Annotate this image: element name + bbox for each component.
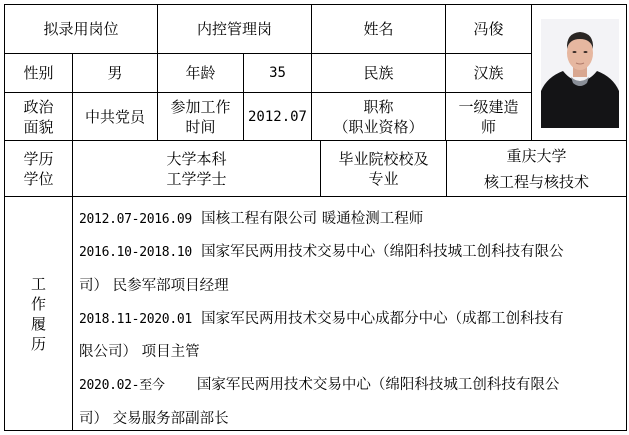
school-value-line1: 重庆大学: [506, 146, 566, 166]
political-value: 中共党员: [85, 107, 145, 127]
school-label-line1: 毕业院校校及: [338, 149, 428, 169]
title-label-line2: （职业资格）: [333, 117, 423, 137]
age-label: 年龄: [185, 63, 215, 83]
gender-value: 男: [107, 63, 122, 83]
gender-value-cell: 男: [72, 53, 158, 93]
experience-text: 国家军民两用技术交易中心（绵阳科技城工创科技有限公: [192, 244, 564, 260]
experience-date: 2012.07-2016.09: [79, 212, 192, 227]
ethnicity-label-cell: 民族: [311, 53, 446, 93]
position-value-cell: 内控管理岗: [157, 4, 312, 54]
age-label-cell: 年龄: [157, 53, 244, 93]
experience-text: 国家军民两用技术交易中心成都分中心（成都工创科技有: [192, 311, 564, 327]
experience-line: 限公司） 项目主管: [79, 336, 626, 369]
school-value-cell: 重庆大学 核工程与核技术: [446, 140, 627, 197]
experience-line: 2012.07-2016.09 国核工程有限公司 暖通检测工程师: [79, 203, 626, 236]
experience-line: 司） 交易服务部副部长: [79, 403, 626, 435]
experience-line: 司） 民参军部项目经理: [79, 270, 626, 303]
experience-label-cell: 工 作 履 历: [4, 196, 73, 431]
photo-cell: [531, 4, 627, 141]
experience-date: 2016.10-2018.10: [79, 245, 192, 260]
experience-date: 2020.02-至今: [79, 378, 165, 393]
name-value-cell: 冯俊: [445, 4, 532, 54]
ethnicity-value: 汉族: [473, 63, 503, 83]
name-value: 冯俊: [473, 19, 503, 39]
title-label-cell: 职称 （职业资格）: [311, 92, 446, 141]
experience-text: 司） 交易服务部副部长: [79, 411, 229, 427]
education-label-line1: 学历: [23, 149, 53, 169]
political-label-cell: 政治 面貌: [4, 92, 73, 141]
work-start-label-cell: 参加工作 时间: [157, 92, 244, 141]
experience-label-char: 历: [31, 334, 46, 354]
experience-label-char: 履: [31, 314, 46, 334]
portrait-photo: [541, 19, 619, 128]
person-portrait-icon: [541, 19, 619, 128]
name-label: 姓名: [363, 19, 393, 39]
experience-line: 2016.10-2018.10 国家军民两用技术交易中心（绵阳科技城工创科技有限…: [79, 236, 626, 269]
education-label-cell: 学历 学位: [4, 140, 73, 197]
experience-content: 2012.07-2016.09 国核工程有限公司 暖通检测工程师 2016.10…: [72, 196, 627, 431]
position-label-cell: 拟录用岗位: [4, 4, 158, 54]
ethnicity-label: 民族: [363, 63, 393, 83]
education-label-line2: 学位: [23, 169, 53, 189]
title-label-line1: 职称: [363, 97, 393, 117]
experience-line: 2020.02-至今 国家军民两用技术交易中心（绵阳科技城工创科技有限公: [79, 369, 626, 402]
school-label-line2: 专业: [368, 169, 398, 189]
work-start-label-line1: 参加工作: [170, 97, 230, 117]
title-value-cell: 一级建造 师: [445, 92, 532, 141]
age-value-cell: 35: [243, 53, 312, 93]
political-value-cell: 中共党员: [72, 92, 158, 141]
name-label-cell: 姓名: [311, 4, 446, 54]
ethnicity-value-cell: 汉族: [445, 53, 532, 93]
age-value: 35: [269, 63, 286, 83]
experience-label-char: 作: [31, 294, 46, 314]
experience-text: 国家军民两用技术交易中心（绵阳科技城工创科技有限公: [165, 377, 560, 393]
work-start-label-line2: 时间: [185, 117, 215, 137]
school-label-cell: 毕业院校校及 专业: [320, 140, 447, 197]
gender-label-cell: 性别: [4, 53, 73, 93]
political-label-line2: 面貌: [23, 117, 53, 137]
title-value-line1: 一级建造: [458, 97, 518, 117]
work-start-value: 2012.07: [248, 107, 307, 127]
experience-text: 限公司） 项目主管: [79, 344, 200, 360]
title-value-line2: 师: [481, 117, 496, 137]
experience-text: 国核工程有限公司 暖通检测工程师: [192, 211, 423, 227]
education-value-line1: 大学本科: [166, 149, 226, 169]
position-value: 内控管理岗: [197, 19, 272, 39]
political-label-line1: 政治: [23, 97, 53, 117]
position-label: 拟录用岗位: [43, 19, 118, 39]
experience-label-char: 工: [31, 274, 46, 294]
experience-date: 2018.11-2020.01: [79, 312, 192, 327]
experience-text: 司） 民参军部项目经理: [79, 278, 229, 294]
experience-line: 2018.11-2020.01 国家军民两用技术交易中心成都分中心（成都工创科技…: [79, 303, 626, 336]
school-value-line2: 核工程与核技术: [484, 172, 589, 192]
education-value-line2: 工学学士: [166, 169, 226, 189]
education-value-cell: 大学本科 工学学士: [72, 140, 321, 197]
gender-label: 性别: [23, 63, 53, 83]
work-start-value-cell: 2012.07: [243, 92, 312, 141]
